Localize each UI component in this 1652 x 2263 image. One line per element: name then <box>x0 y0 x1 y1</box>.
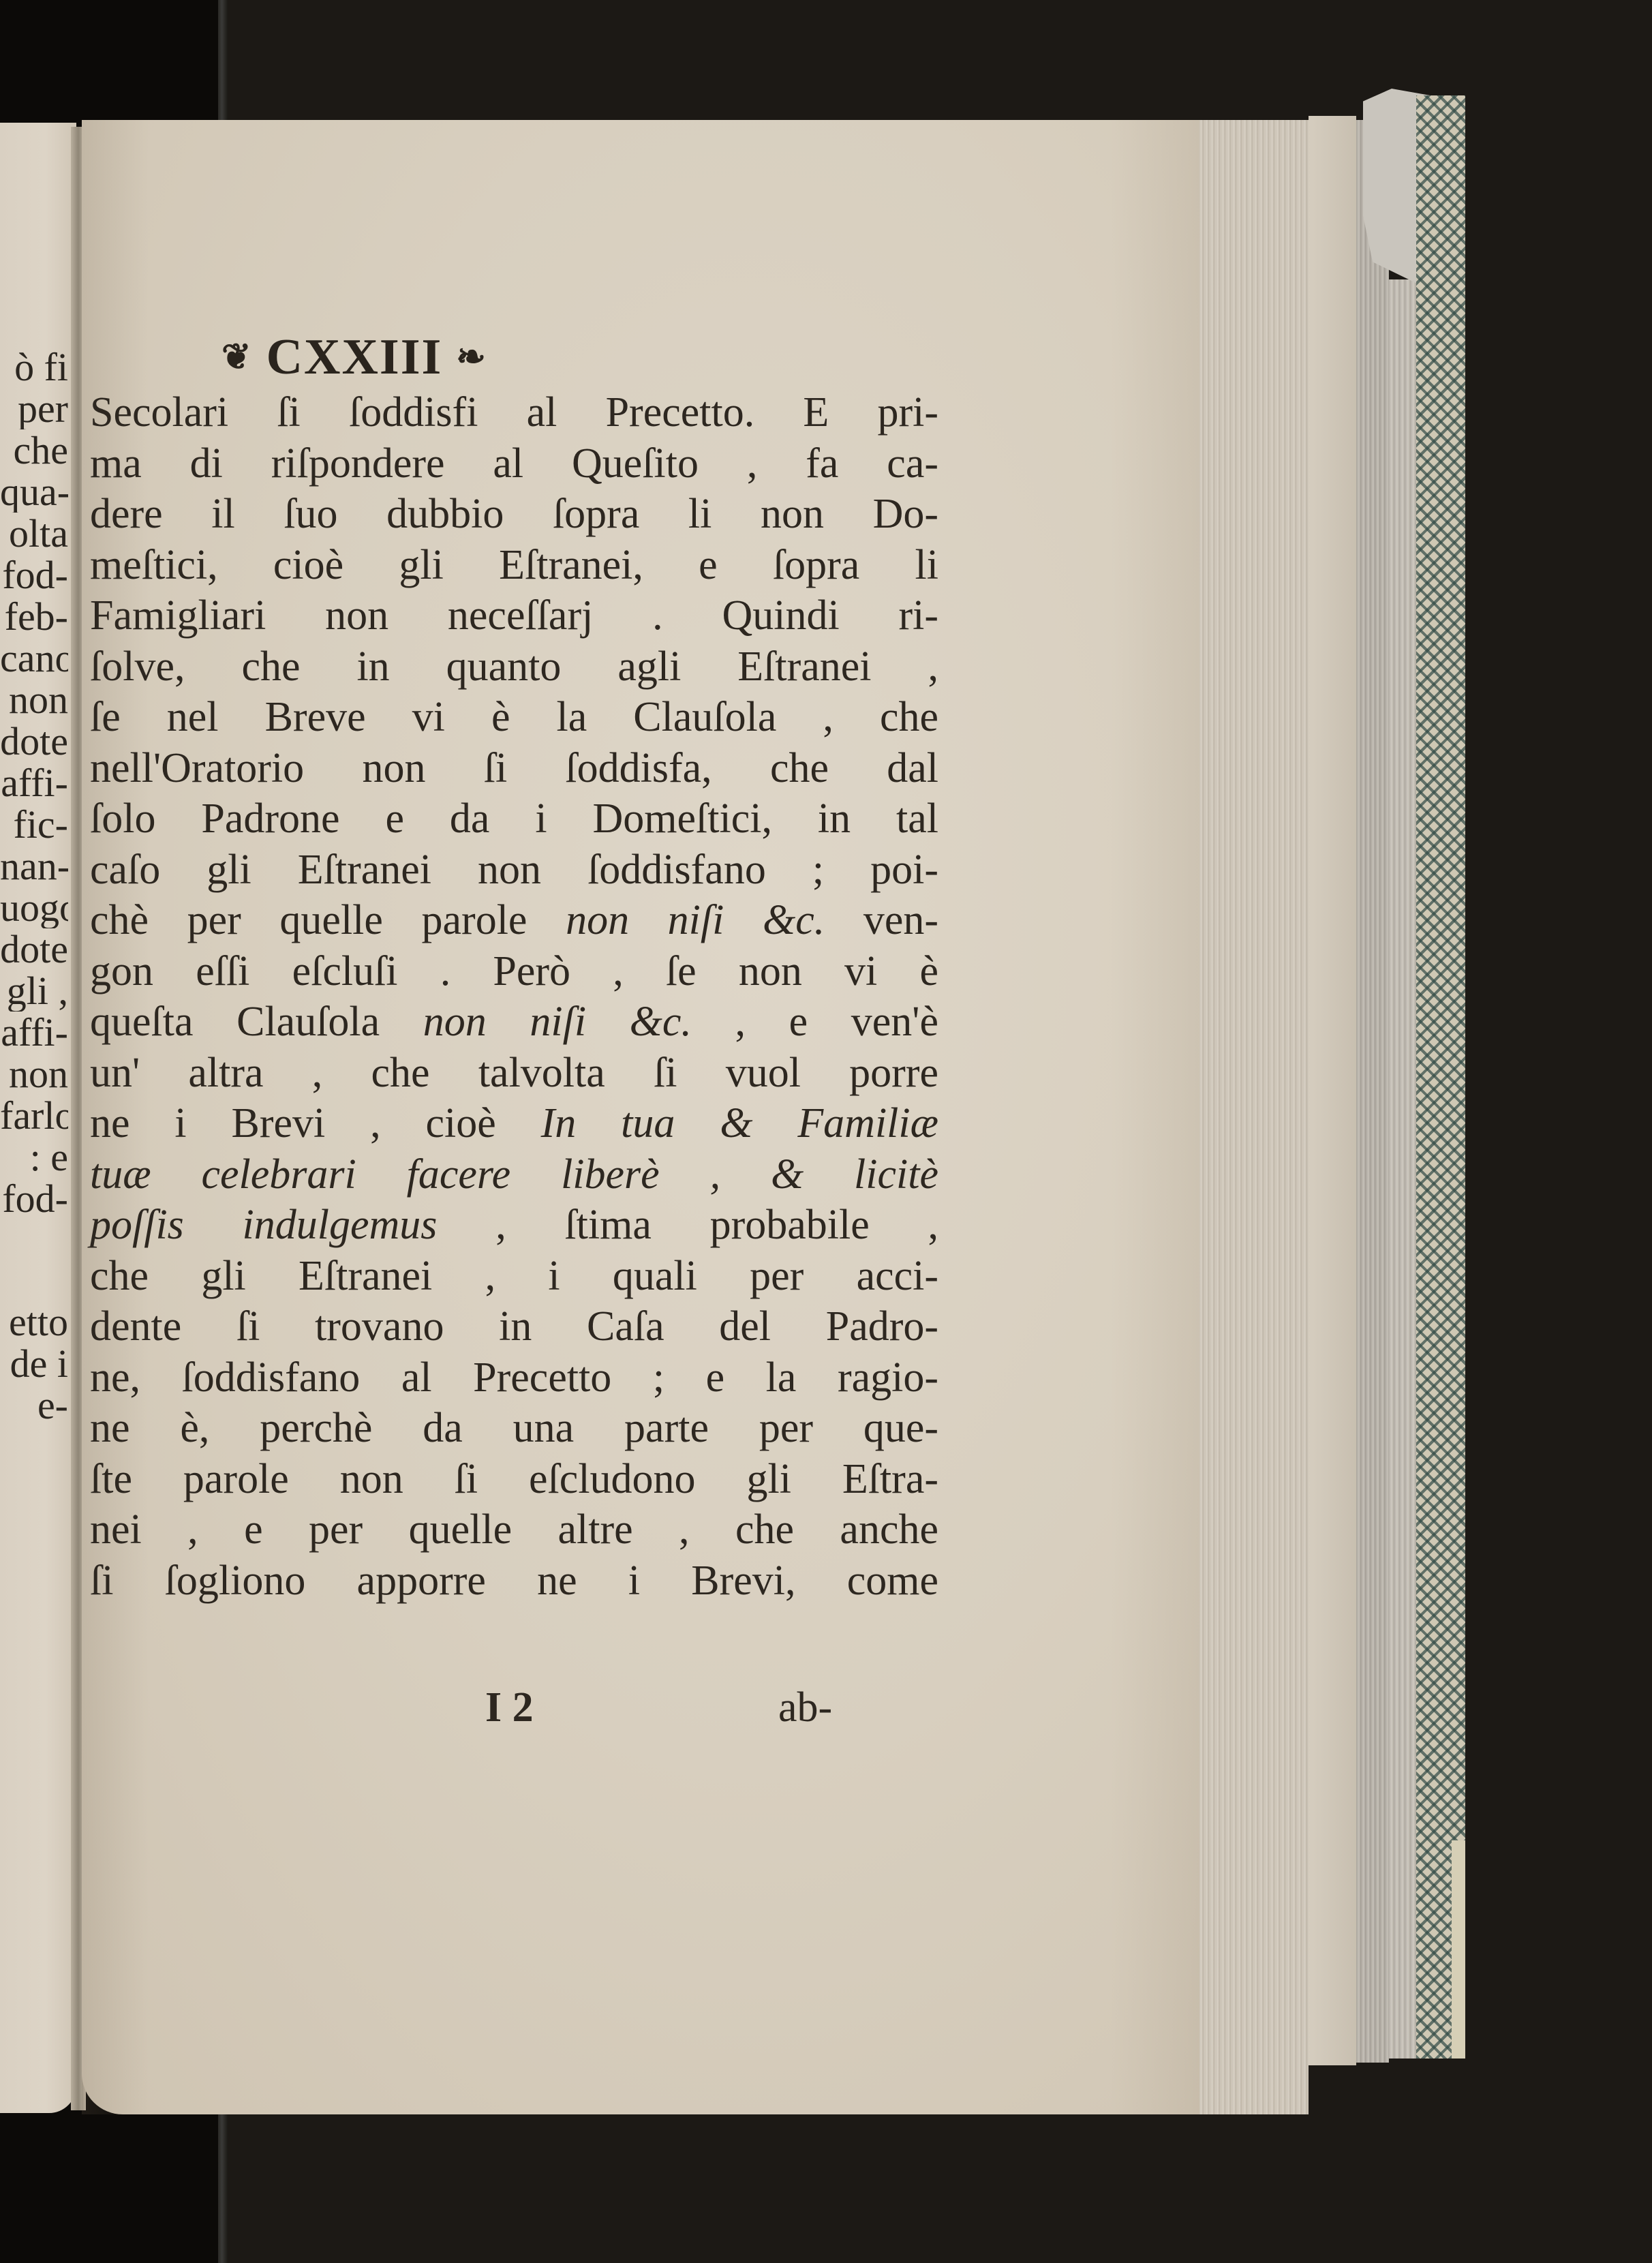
signature-mark: I 2 <box>485 1684 534 1732</box>
italic-latin-text: tuæ celebrari facere liberè , & licitè <box>90 1151 938 1198</box>
left-page-fragment: farlo <box>0 1095 68 1136</box>
text-line: ſolve, che in quanto agli Eſtranei , <box>90 641 938 693</box>
text-line: caſo gli Eſtranei non ſoddisfano ; poi- <box>90 845 938 896</box>
text-segment: ſolve, che in quanto agli Eſtranei , <box>90 643 938 690</box>
left-page-fragment: non <box>0 1053 68 1095</box>
italic-latin-text: non niſi &c. <box>566 897 825 943</box>
left-page-fragment: dote <box>0 928 68 970</box>
left-page-fragment: olta <box>0 513 68 554</box>
left-page-fragment: fod- <box>0 554 68 596</box>
text-line: poſſis indulgemus , ſtima probabile , <box>90 1200 938 1251</box>
text-line: meſtici, cioè gli Eſtranei, e ſopra li <box>90 540 938 591</box>
text-segment: meſtici, cioè gli Eſtranei, e ſopra li <box>90 542 938 588</box>
text-line: Secolari ſi ſoddisfi al Precetto. E pri- <box>90 387 938 438</box>
text-line: un' altra , che talvolta ſi vuol porre <box>90 1048 938 1099</box>
text-line: nei , e per quelle altre , che anche <box>90 1504 938 1555</box>
text-segment: ne i Brevi , cioè <box>90 1100 541 1146</box>
left-page-fragment: non <box>0 679 68 720</box>
text-segment: ne, ſoddisfano al Precetto ; e la ragio- <box>90 1354 938 1401</box>
text-line: ne è, perchè da una parte per que- <box>90 1403 938 1454</box>
left-page-fragment: che <box>0 429 68 471</box>
text-line: che gli Eſtranei , i quali per acci- <box>90 1251 938 1302</box>
left-page-fragment: dote <box>0 720 68 762</box>
left-page-text-fragments: ò fiperchequa-oltafod-feb-canonondoteaff… <box>0 346 68 1426</box>
fleuron-left-icon: ❦ <box>221 340 253 376</box>
text-segment: , e ven'è <box>692 999 938 1045</box>
text-segment: caſo gli Eſtranei non ſoddisfano ; poi- <box>90 847 938 893</box>
left-page-fragment: per <box>0 388 68 429</box>
text-line: gon eſſi eſcluſi . Però , ſe non vi è <box>90 946 938 997</box>
text-line: chè per quelle parole non niſi &c. ven- <box>90 895 938 946</box>
text-segment: che gli Eſtranei , i quali per acci- <box>90 1253 938 1299</box>
text-segment: gon eſſi eſcluſi . Però , ſe non vi è <box>90 948 938 994</box>
left-page-fragment: : e <box>0 1136 68 1178</box>
text-line: dere il ſuo dubbio ſopra li non Do- <box>90 489 938 540</box>
left-page-fragment: fic- <box>0 804 68 845</box>
decorated-paper-cover <box>1416 95 1465 2059</box>
text-line: Famigliari non neceſſarj . Quindi ri- <box>90 590 938 641</box>
text-segment: dere il ſuo dubbio ſopra li non Do- <box>90 491 938 537</box>
running-head: ❦ CXXIII ❧ <box>221 329 699 386</box>
italic-latin-text: In tua & Familiæ <box>541 1100 938 1146</box>
italic-latin-text: non niſi &c. <box>423 999 692 1045</box>
left-page-fragment: affi- <box>0 1012 68 1053</box>
page-edges-stack-rear <box>1389 279 1416 2059</box>
left-page-fragment: etto <box>0 1301 68 1343</box>
text-line: dente ſi trovano in Caſa del Padro- <box>90 1301 938 1352</box>
left-page-fragment: feb- <box>0 596 68 637</box>
body-text: Secolari ſi ſoddisfi al Precetto. E pri-… <box>90 387 938 1606</box>
text-line: ne i Brevi , cioè In tua & Familiæ <box>90 1098 938 1149</box>
page-number: CXXIII <box>266 329 443 386</box>
text-line: ſe nel Breve vi è la Clauſola , che <box>90 692 938 743</box>
text-segment: Famigliari non neceſſarj . Quindi ri- <box>90 592 938 639</box>
text-segment: ſi ſogliono apporre ne i Brevi, come <box>90 1558 938 1604</box>
left-page-fragment: fod- <box>0 1178 68 1219</box>
text-segment: nell'Oratorio non ſi ſoddisfa, che dal <box>90 745 938 791</box>
page-edges-leaf <box>1309 116 1356 2065</box>
text-line: nell'Oratorio non ſi ſoddisfa, che dal <box>90 743 938 794</box>
catchword: ab- <box>778 1684 832 1732</box>
italic-latin-text: poſſis indulgemus <box>90 1202 437 1248</box>
text-segment: Secolari ſi ſoddisfi al Precetto. E pri- <box>90 389 938 436</box>
text-line: ſi ſogliono apporre ne i Brevi, come <box>90 1555 938 1607</box>
text-line: ſolo Padrone e da i Domeſtici, in tal <box>90 793 938 845</box>
fleuron-right-icon: ❧ <box>456 340 487 376</box>
text-segment: ven- <box>825 897 938 943</box>
text-segment: ma di riſpondere al Queſito , fa ca- <box>90 440 938 487</box>
left-page-fragment: e- <box>0 1384 68 1426</box>
text-segment: ſe nel Breve vi è la Clauſola , che <box>90 694 938 740</box>
left-page-fragment: ò fi <box>0 346 68 388</box>
text-line: tuæ celebrari facere liberè , & licitè <box>90 1149 938 1200</box>
text-segment: nei , e per quelle altre , che anche <box>90 1506 938 1553</box>
left-page-fragment: nan- <box>0 845 68 887</box>
text-segment: un' altra , che talvolta ſi vuol porre <box>90 1050 938 1096</box>
text-line: ma di riſpondere al Queſito , fa ca- <box>90 438 938 489</box>
book-scan: ò fiperchequa-oltafod-feb-canonondoteaff… <box>0 0 1652 2263</box>
page-edges-stack <box>1199 120 1309 2114</box>
text-line: ſte parole non ſi eſcludono gli Eſtra- <box>90 1454 938 1505</box>
text-segment: queſta Clauſola <box>90 999 423 1045</box>
text-segment: dente ſi trovano in Caſa del Padro- <box>90 1303 938 1350</box>
text-line: ne, ſoddisfano al Precetto ; e la ragio- <box>90 1352 938 1403</box>
text-segment: ſolo Padrone e da i Domeſtici, in tal <box>90 795 938 842</box>
left-page-fragment: uogo <box>0 887 68 928</box>
text-segment: ſte parole non ſi eſcludono gli Eſtra- <box>90 1456 938 1502</box>
text-segment: chè per quelle parole <box>90 897 566 943</box>
left-page-fragment: affi- <box>0 762 68 804</box>
left-page-fragment: cano <box>0 637 68 679</box>
left-page-fragment: qua- <box>0 471 68 513</box>
text-segment: ne è, perchè da una parte per que- <box>90 1405 938 1451</box>
page-edges-stack-back <box>1356 120 1389 2063</box>
left-page-fragment <box>0 1219 68 1301</box>
text-segment: , ſtima probabile , <box>437 1202 938 1248</box>
text-line: queſta Clauſola non niſi &c. , e ven'è <box>90 997 938 1048</box>
left-page-fragment: gli , <box>0 970 68 1012</box>
left-page-fragment: de i <box>0 1343 68 1384</box>
cover-worn-corner <box>1452 1840 1465 2059</box>
